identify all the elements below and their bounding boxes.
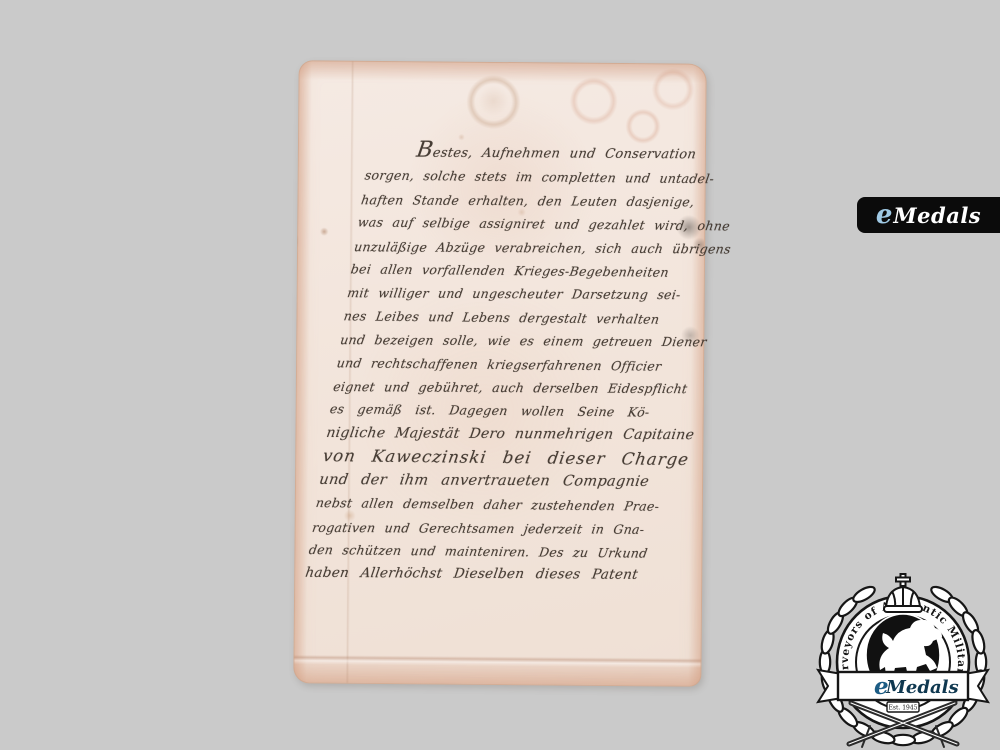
handwritten-line: den schützen und mainteniren. Des zu Urk… <box>307 538 664 565</box>
seal-est-label: Est. 1945 <box>887 702 919 712</box>
handwritten-line: von Kaweczinski bei dieser Charge <box>321 444 678 471</box>
emedals-wordmark-badge: e Medals <box>857 197 1000 233</box>
seal-banner-medals: Medals <box>885 677 959 698</box>
document-handwriting: Bestes, Aufnehmen und Conservationsorgen… <box>304 138 725 588</box>
emedals-e-glyph: e <box>876 202 893 228</box>
handwritten-line: und bezeigen solle, wie es einem getreue… <box>339 328 697 354</box>
handwritten-line: haften Stande erhalten, den Leuten dasje… <box>360 188 718 214</box>
document-paper: Bestes, Aufnehmen und Conservationsorgen… <box>293 60 706 687</box>
handwritten-line: und der ihm anvertraueten Compagnie <box>318 469 676 495</box>
handwritten-line: und rechtschaffenen kriegserfahrenen Off… <box>335 351 692 378</box>
handwritten-line: haben Allerhöchst Dieselben dieses Paten… <box>304 562 662 588</box>
seal-banner: e Medals <box>818 670 988 702</box>
handwritten-line: sorgen, solche stets im completten und u… <box>363 164 720 191</box>
product-photo-stage: Bestes, Aufnehmen und Conservationsorgen… <box>0 0 1000 750</box>
seal-crown-icon <box>884 574 922 612</box>
emedals-seal: Purveyors of Authentic Militaria <box>808 572 998 750</box>
handwritten-line: rogativen und Gerechtsamen jederzeit in … <box>311 515 669 541</box>
handwritten-line: unzuläßige Abzüge verabreichen, sich auc… <box>353 235 711 261</box>
handwritten-line: Bestes, Aufnehmen und Conservation <box>367 138 725 167</box>
handwritten-line: nigliche Majestät Dero nunmehrigen Capit… <box>325 422 683 448</box>
handwritten-line: mit williger und ungescheuter Darsetzung… <box>346 282 704 308</box>
svg-text:Est. 1945: Est. 1945 <box>889 705 918 712</box>
handwritten-line: nes Leibes und Lebens dergestalt verhalt… <box>342 304 699 331</box>
handwritten-line: nebst allen demselben daher zustehenden … <box>314 491 671 518</box>
emedals-medals-text: Medals <box>893 205 981 226</box>
handwritten-line: es gemäß ist. Dagegen wollen Seine Kö- <box>328 398 685 425</box>
handwritten-line: was auf selbige assigniret und gezahlet … <box>356 211 713 238</box>
